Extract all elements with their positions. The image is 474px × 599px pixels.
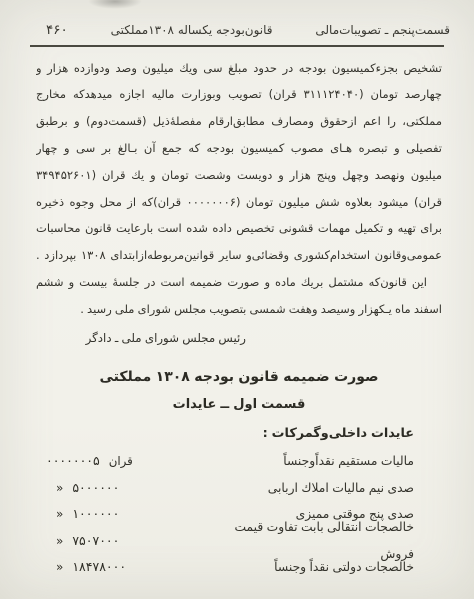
amount-digits: ۱۰۰۰۰۰۰ xyxy=(72,501,119,528)
page-header: قسمت‌پنجم ـ تصویبات‌مالی قانون‌بودجه یكس… xyxy=(46,22,450,38)
header-section-label: قسمت‌پنجم ـ تصویبات‌مالی xyxy=(315,23,450,37)
law-text-line: برای تهیه و تكمیل مهمات قشونی تخصیص داده… xyxy=(36,215,442,242)
law-text-line: مملكتی، را اعم ازحقوق ومصارف مطابق‌ارقام… xyxy=(36,108,442,135)
annex-section-heading: قسمت اول ــ عایدات xyxy=(36,392,442,412)
revenue-amount: » ۵۰۰۰۰۰۰ xyxy=(36,475,214,502)
law-text-line: میلیون ونهصد وچهل وپنج هزار و دویست وشصت… xyxy=(36,162,442,189)
amount-digits: ۷۵۰۷۰۰۰ xyxy=(72,528,119,555)
revenue-amount: » ۱۸۴۷۸۰۰۰ xyxy=(36,554,214,581)
ditto-mark: » xyxy=(56,501,63,528)
law-text-line: اسفند ماه یـكهزار وسیصد وهفت شمسی بتصویب… xyxy=(36,296,442,323)
law-text-block: تشخیص بجزءكمیسیون بودجه در حدود مبلغ سی … xyxy=(36,55,442,581)
amount-digits: ۵۰۰۰۰۰۰ xyxy=(72,475,119,502)
law-text-line: قران) میشود بعلاوه شش میلیون تومان (۰۰۰۰… xyxy=(36,189,442,216)
signature-line: رئیس مجلس شورای ملی ـ دادگر xyxy=(86,325,246,352)
ditto-mark: » xyxy=(56,528,63,555)
amount-digits: ۰۰۰۰۰۰۰۵ xyxy=(46,448,100,475)
law-text-line: چهارصد تومان (۳۱۱۱۲۴۰۴۰ قران) تصویب وبوز… xyxy=(36,81,442,108)
revenue-row: ۰۰۰۰۰۰۰۵ قران مالیات مستقیم نقداًوجنساً xyxy=(36,448,442,475)
ditto-mark: » xyxy=(56,554,63,581)
revenue-row: » ۵۰۰۰۰۰۰ صدی نیم مالیات املاك اربابی xyxy=(36,475,442,502)
revenue-amount: » ۷۵۰۷۰۰۰ xyxy=(36,528,214,555)
scanned-document-page: قسمت‌پنجم ـ تصویبات‌مالی قانون‌بودجه یكس… xyxy=(0,0,474,599)
law-text-line: عمومی‌وقانون استخدام‌كشوری وقضائی‌و سایر… xyxy=(36,242,442,269)
revenue-table: ۰۰۰۰۰۰۰۵ قران مالیات مستقیم نقداًوجنساً … xyxy=(36,448,442,581)
annex-title: صورت ضمیمه قانون بودجه ۱۳۰۸ مملكتی xyxy=(36,364,442,386)
law-text-line: تفصیلی و تبصره هـای مصوب كمیسیون بودجه ك… xyxy=(36,135,442,162)
annex-subsection-heading: عایدات داخلی‌وگمركات : xyxy=(36,421,414,441)
revenue-row: » ۱۸۴۷۸۰۰۰ خالصجات دولتی نقداً وجنساً xyxy=(36,554,442,581)
scan-smudge xyxy=(88,0,142,9)
revenue-label: خالصجات دولتی نقداً وجنساً xyxy=(214,554,442,581)
ditto-mark: » xyxy=(56,475,63,502)
law-text-line: تشخیص بجزءكمیسیون بودجه در حدود مبلغ سی … xyxy=(36,55,442,82)
revenue-row: » ۷۵۰۷۰۰۰ خالصجات انتقالی بابت تفاوت قیم… xyxy=(36,528,442,555)
page-number: ۴۶۰ xyxy=(46,22,68,38)
amount-digits: ۱۸۴۷۸۰۰۰ xyxy=(72,554,126,581)
revenue-amount: ۰۰۰۰۰۰۰۵ قران xyxy=(36,448,214,475)
revenue-amount: » ۱۰۰۰۰۰۰ xyxy=(36,501,214,528)
revenue-label: مالیات مستقیم نقداًوجنساً xyxy=(214,448,442,475)
revenue-label: صدی نیم مالیات املاك اربابی xyxy=(214,475,442,502)
law-text-line: این قانون‌كه مشتمل بریك ماده و صورت ضمیم… xyxy=(36,269,442,296)
header-rule xyxy=(30,45,444,47)
currency-unit-label: قران xyxy=(109,448,133,475)
header-law-title: قانون‌بودجه یكساله ۱۳۰۸مملكتی xyxy=(111,23,273,37)
